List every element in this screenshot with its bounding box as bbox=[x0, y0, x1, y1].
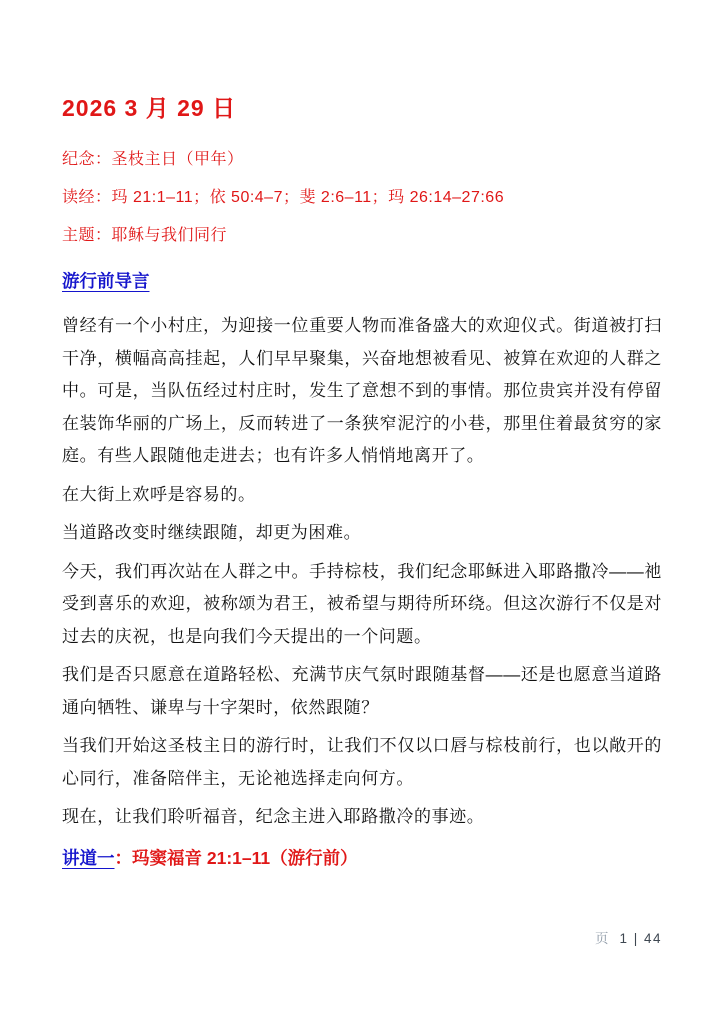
page-footer: 页1 | 44 bbox=[595, 930, 662, 948]
intro-paragraph-4: 今天，我们再次站在人群之中。手持棕枝，我们纪念耶稣进入耶路撒冷——祂受到喜乐的欢… bbox=[62, 556, 662, 654]
document-content: 2026 3 月 29 日 纪念：圣枝主日（甲年） 读经：玛 21:1–11；依… bbox=[62, 93, 662, 870]
document-page: 2026 3 月 29 日 纪念：圣枝主日（甲年） 读经：玛 21:1–11；依… bbox=[0, 0, 724, 1024]
intro-heading-link[interactable]: 游行前导言 bbox=[62, 271, 150, 291]
intro-paragraph-3: 当道路改变时继续跟随，却更为困难。 bbox=[62, 517, 662, 550]
theme-line: 主题：耶稣与我们同行 bbox=[62, 226, 662, 246]
intro-paragraph-2: 在大街上欢呼是容易的。 bbox=[62, 479, 662, 512]
readings-line: 读经：玛 21:1–11；依 50:4–7；斐 2:6–11；玛 26:14–2… bbox=[62, 188, 662, 208]
page-footer-label: 页 bbox=[595, 931, 609, 946]
intro-section-heading: 游行前导言 bbox=[62, 270, 662, 292]
intro-paragraph-6: 当我们开始这圣枝主日的游行时，让我们不仅以口唇与棕枝前行，也以敞开的心同行，准备… bbox=[62, 730, 662, 795]
sermon-one-heading: 讲道一：玛窦福音 21:1–11（游行前） bbox=[62, 846, 662, 870]
commemoration-line: 纪念：圣枝主日（甲年） bbox=[62, 150, 662, 170]
page-footer-number: 1 | 44 bbox=[619, 931, 662, 946]
intro-paragraph-7: 现在，让我们聆听福音，纪念主进入耶路撒冷的事迹。 bbox=[62, 801, 662, 834]
date-heading: 2026 3 月 29 日 bbox=[62, 93, 662, 123]
intro-paragraph-5: 我们是否只愿意在道路轻松、充满节庆气氛时跟随基督——还是也愿意当道路通向牺牲、谦… bbox=[62, 659, 662, 724]
intro-paragraph-1: 曾经有一个小村庄，为迎接一位重要人物而准备盛大的欢迎仪式。街道被打扫干净，横幅高… bbox=[62, 310, 662, 473]
sermon-one-reference: ：玛窦福音 21:1–11（游行前） bbox=[115, 848, 358, 868]
sermon-one-link[interactable]: 讲道一 bbox=[62, 848, 115, 868]
